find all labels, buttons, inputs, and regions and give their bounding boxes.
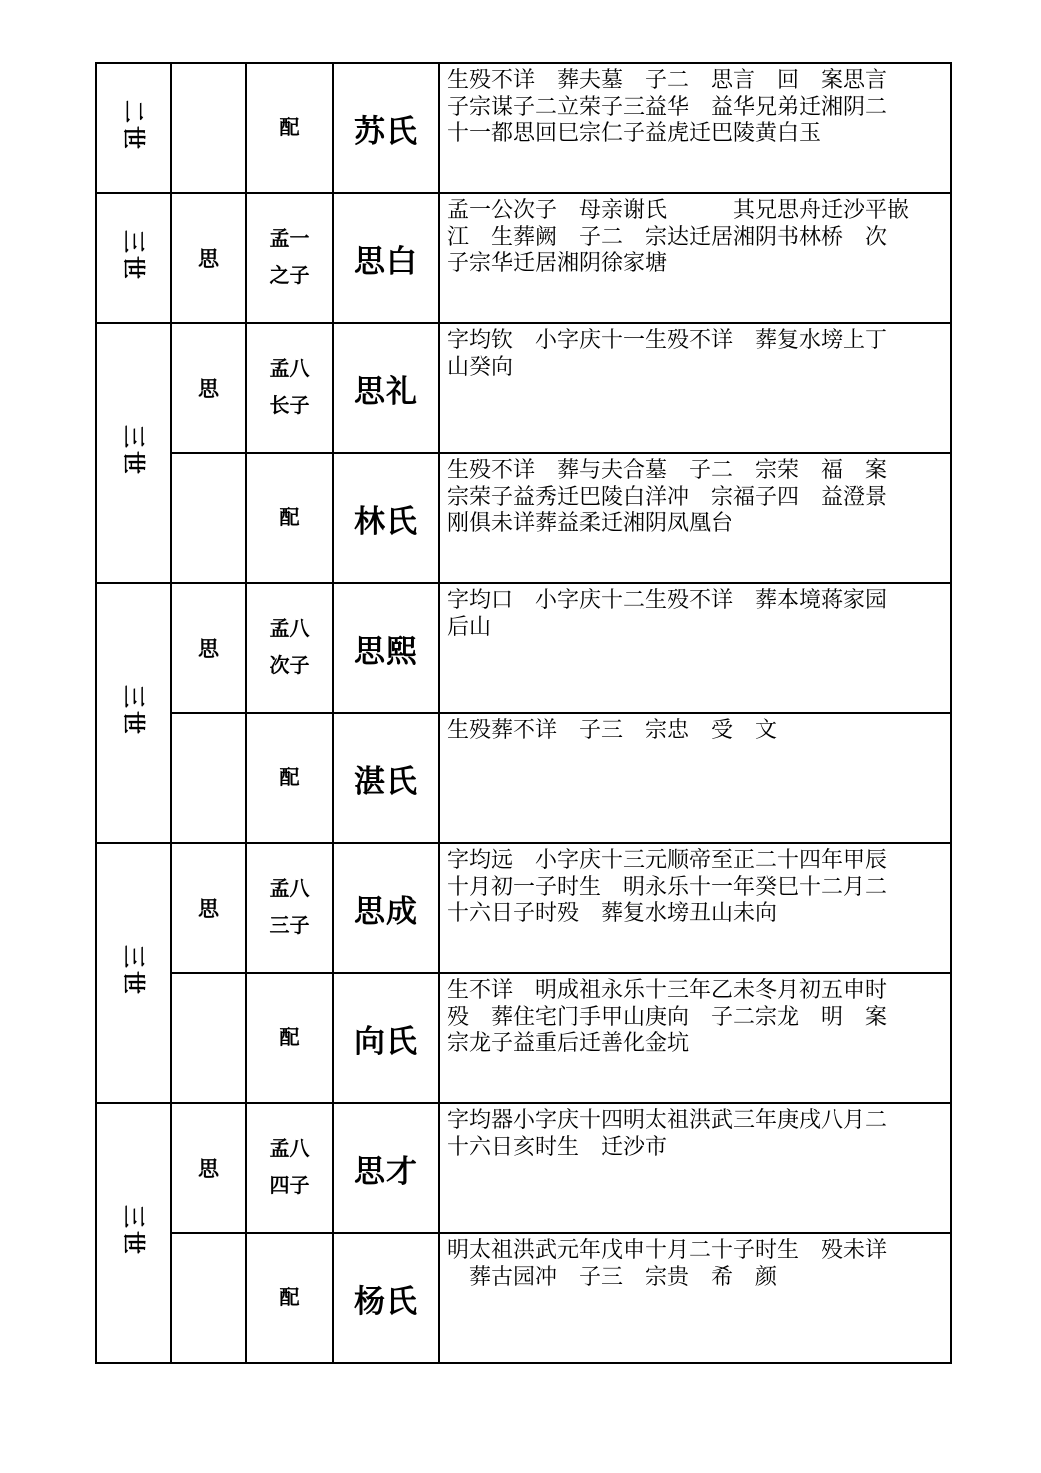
description-cell: 字均钦 小字庆十一生殁不详 葬复水塝上丁 山癸向 [439, 323, 951, 453]
description-cell: 字均口 小字庆十二生殁不详 葬本境蒋家园 后山 [439, 583, 951, 713]
person-name-cell: 苏氏 [333, 63, 439, 193]
table-row: 配 向氏 生不详 明成祖永乐十三年乙未冬月初五申时 殁 葬住宅门手甲山庚向 子二… [96, 973, 951, 1103]
person-name-cell: 林氏 [333, 453, 439, 583]
relation-cell: 孟八 三子 [246, 843, 333, 973]
table-row: 二世 配 苏氏 生殁不详 葬夫墓 子二 思言 回 案思言 子宗谋子二立荣子三益华… [96, 63, 951, 193]
person-name-cell: 思礼 [333, 323, 439, 453]
person-name-cell: 思成 [333, 843, 439, 973]
description-cell: 明太祖洪武元年戊申十月二十子时生 殁未详 葬古园冲 子三 宗贵 希 颜 [439, 1233, 951, 1363]
relation-cell: 孟八 次子 [246, 583, 333, 713]
generation-label: 三世 [122, 230, 145, 282]
generation-label: 二世 [122, 100, 145, 152]
table-row: 配 杨氏 明太祖洪武元年戊申十月二十子时生 殁未详 葬古园冲 子三 宗贵 希 颜 [96, 1233, 951, 1363]
generation-cell: 三世 [96, 583, 171, 843]
clan-name-cell [171, 453, 246, 583]
relation-cell: 孟一 之子 [246, 193, 333, 323]
generation-cell: 三世 [96, 193, 171, 323]
relation-cell: 孟八 四子 [246, 1103, 333, 1233]
person-name-cell: 杨氏 [333, 1233, 439, 1363]
relation-cell: 配 [246, 63, 333, 193]
generation-cell: 三世 [96, 323, 171, 583]
clan-name-cell [171, 713, 246, 843]
genealogy-page: 二世 配 苏氏 生殁不详 葬夫墓 子二 思言 回 案思言 子宗谋子二立荣子三益华… [0, 0, 1041, 1473]
generation-label: 三世 [122, 945, 145, 997]
person-name-cell: 思熙 [333, 583, 439, 713]
clan-name-cell: 思 [171, 323, 246, 453]
relation-cell: 配 [246, 453, 333, 583]
generation-cell: 三世 [96, 843, 171, 1103]
relation-cell: 配 [246, 973, 333, 1103]
table-row: 配 林氏 生殁不详 葬与夫合墓 子二 宗荣 福 案 宗荣子益秀迁巴陵白洋冲 宗福… [96, 453, 951, 583]
clan-name-cell: 思 [171, 193, 246, 323]
genealogy-table: 二世 配 苏氏 生殁不详 葬夫墓 子二 思言 回 案思言 子宗谋子二立荣子三益华… [95, 62, 952, 1364]
description-cell: 孟一公次子 母亲谢氏 其兄思舟迁沙平嵌 江 生葬阙 子二 宗达迁居湘阴书林桥 次… [439, 193, 951, 323]
person-name-cell: 向氏 [333, 973, 439, 1103]
table-row: 配 湛氏 生殁葬不详 子三 宗忠 受 文 [96, 713, 951, 843]
description-cell: 生殁葬不详 子三 宗忠 受 文 [439, 713, 951, 843]
relation-cell: 孟八 长子 [246, 323, 333, 453]
clan-name-cell [171, 973, 246, 1103]
person-name-cell: 思才 [333, 1103, 439, 1233]
clan-name-cell [171, 1233, 246, 1363]
table-row: 三世 思 孟八 次子 思熙 字均口 小字庆十二生殁不详 葬本境蒋家园 后山 [96, 583, 951, 713]
clan-name-cell: 思 [171, 1103, 246, 1233]
generation-label: 三世 [122, 685, 145, 737]
person-name-cell: 湛氏 [333, 713, 439, 843]
generation-label: 三世 [122, 1205, 145, 1257]
table-row: 三世 思 孟八 三子 思成 字均远 小字庆十三元顺帝至正二十四年甲辰 十月初一子… [96, 843, 951, 973]
generation-cell: 三世 [96, 1103, 171, 1363]
table-row: 三世 思 孟八 长子 思礼 字均钦 小字庆十一生殁不详 葬复水塝上丁 山癸向 [96, 323, 951, 453]
description-cell: 生殁不详 葬与夫合墓 子二 宗荣 福 案 宗荣子益秀迁巴陵白洋冲 宗福子四 益澄… [439, 453, 951, 583]
generation-label: 三世 [122, 425, 145, 477]
description-cell: 字均远 小字庆十三元顺帝至正二十四年甲辰 十月初一子时生 明永乐十一年癸巳十二月… [439, 843, 951, 973]
table-row: 三世 思 孟八 四子 思才 字均器小字庆十四明太祖洪武三年庚戌八月二 十六日亥时… [96, 1103, 951, 1233]
description-cell: 字均器小字庆十四明太祖洪武三年庚戌八月二 十六日亥时生 迁沙市 [439, 1103, 951, 1233]
relation-cell: 配 [246, 1233, 333, 1363]
clan-name-cell [171, 63, 246, 193]
clan-name-cell: 思 [171, 583, 246, 713]
description-cell: 生不详 明成祖永乐十三年乙未冬月初五申时 殁 葬住宅门手甲山庚向 子二宗龙 明 … [439, 973, 951, 1103]
relation-cell: 配 [246, 713, 333, 843]
table-row: 三世 思 孟一 之子 思白 孟一公次子 母亲谢氏 其兄思舟迁沙平嵌 江 生葬阙 … [96, 193, 951, 323]
description-cell: 生殁不详 葬夫墓 子二 思言 回 案思言 子宗谋子二立荣子三益华 益华兄弟迁湘阴… [439, 63, 951, 193]
person-name-cell: 思白 [333, 193, 439, 323]
clan-name-cell: 思 [171, 843, 246, 973]
generation-cell: 二世 [96, 63, 171, 193]
